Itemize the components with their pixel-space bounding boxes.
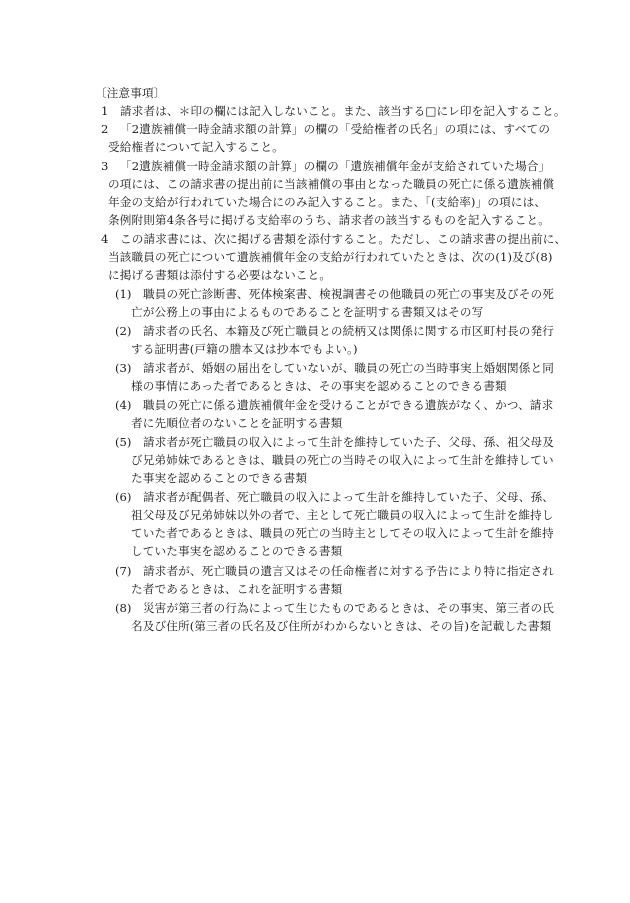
- item-4-line-2: 当該職員の死亡について遺族補償年金の支給が行われていたときは、次の(1)及び(8…: [108, 250, 553, 264]
- item-4-line-3: に掲げる書類は添付する必要はないこと。: [108, 268, 331, 282]
- subitem-1-line-2: 亡が公務上の事由によるものであることを証明する書類又はその写: [131, 305, 483, 319]
- subitem-8-line-2: 名及び住所(第三者の氏名及び住所がわからないときは、その旨)を記載した書類: [131, 619, 551, 633]
- item-3-line-4: 条例附則第4条各号に掲げる支給率のうち、請求者の該当するものを記入すること。: [108, 213, 550, 227]
- subitem-5-line-2: び兄弟姉妹であるときは、職員の死亡の当時その収入によって生計を維持してい: [131, 453, 554, 467]
- subitem-7-line-2: た者であるときは、これを証明する書類: [131, 582, 342, 596]
- subitem-2-line-2: する証明書(戸籍の謄本又は抄本でもよい。): [131, 342, 358, 356]
- subitem-5-number: (5): [115, 435, 131, 449]
- subitem-7-line-1: 請求者が、死亡職員の遺言又はその任命権者に対する予告により特に指定され: [143, 564, 554, 578]
- item-4-line-1: この請求書には、次に掲げる書類を添付すること。ただし、この請求書の提出前に、: [120, 232, 566, 246]
- subitem-8-line-1: 災害が第三者の行為によって生じたものであるときは、その事実、第三者の氏: [143, 601, 554, 615]
- item-2-line-1: 「2遺族補償一時金請求額の計算」の欄の「受給権者の氏名」の項には、すべての: [120, 122, 550, 136]
- subitem-6-line-3: ていた者であるときは、職員の死亡の当時主としてその収入によって生計を維持: [131, 526, 554, 540]
- subitem-4-line-2: 者に先順位者のないことを証明する書類: [131, 416, 342, 430]
- subitem-6-number: (6): [115, 490, 131, 504]
- subitem-6-line-4: していた事実を認めることのできる書類: [131, 544, 342, 558]
- item-3-number: 3: [101, 159, 108, 173]
- item-2-number: 2: [101, 122, 108, 136]
- subitem-5-line-1: 請求者が死亡職員の収入によって生計を維持していた子、父母、孫、祖父母及: [143, 435, 554, 449]
- subitem-6-line-2: 祖父母及び兄弟姉妹以外の者で、主として死亡職員の収入によって生計を維持し: [131, 508, 554, 522]
- item-1-number: 1: [101, 104, 108, 118]
- subitem-1-line-1: 職員の死亡診断書、死体検案書、検視調書その他職員の死亡の事実及びその死: [143, 287, 554, 301]
- item-2-line-2: 受給権者について記入すること。: [108, 140, 284, 154]
- subitem-3-line-1: 請求者が、婚姻の届出をしていないが、職員の死亡の当時事実上婚姻関係と同: [143, 361, 554, 375]
- subitem-5-line-3: た事実を認めることのできる書類: [131, 471, 307, 485]
- document-page: 〔注意事項〕 1 請求者は、＊印の欄には記入しないこと。また、該当する□にレ印を…: [0, 0, 630, 903]
- item-3-line-1: 「2遺族補償一時金請求額の計算」の欄の「遺族補償年金が支給されていた場合」: [120, 159, 550, 173]
- subitem-3-line-2: 様の事情にあった者であるときは、その事実を認めることのできる書類: [131, 379, 507, 393]
- subitem-4-line-1: 職員の死亡に係る遺族補償年金を受けることができる遺族がなく、かつ、請求: [143, 398, 553, 412]
- subitem-1-number: (1): [115, 287, 131, 301]
- subitem-2-number: (2): [115, 324, 131, 338]
- subitem-4-number: (4): [115, 398, 131, 412]
- subitem-6-line-1: 請求者が配偶者、死亡職員の収入によって生計を維持していた子、父母、孫、: [143, 490, 554, 504]
- item-3-line-2: の項には、この請求書の提出前に当該補償の事由となった職員の死亡に係る遺族補償: [108, 177, 554, 191]
- item-4-number: 4: [101, 232, 108, 246]
- subitem-2-line-1: 請求者の氏名、本籍及び死亡職員との続柄又は関係に関する市区町村長の発行: [143, 324, 554, 338]
- subitem-3-number: (3): [115, 361, 131, 375]
- item-3-line-3: 年金の支給が行われていた場合にのみ記入すること。また、「(支給率)」の項には、: [108, 195, 546, 209]
- subitem-7-number: (7): [115, 564, 131, 578]
- item-1-line-1: 請求者は、＊印の欄には記入しないこと。また、該当する□にレ印を記入すること。: [120, 104, 566, 118]
- notes-heading: 〔注意事項〕: [95, 86, 165, 100]
- subitem-8-number: (8): [115, 601, 131, 615]
